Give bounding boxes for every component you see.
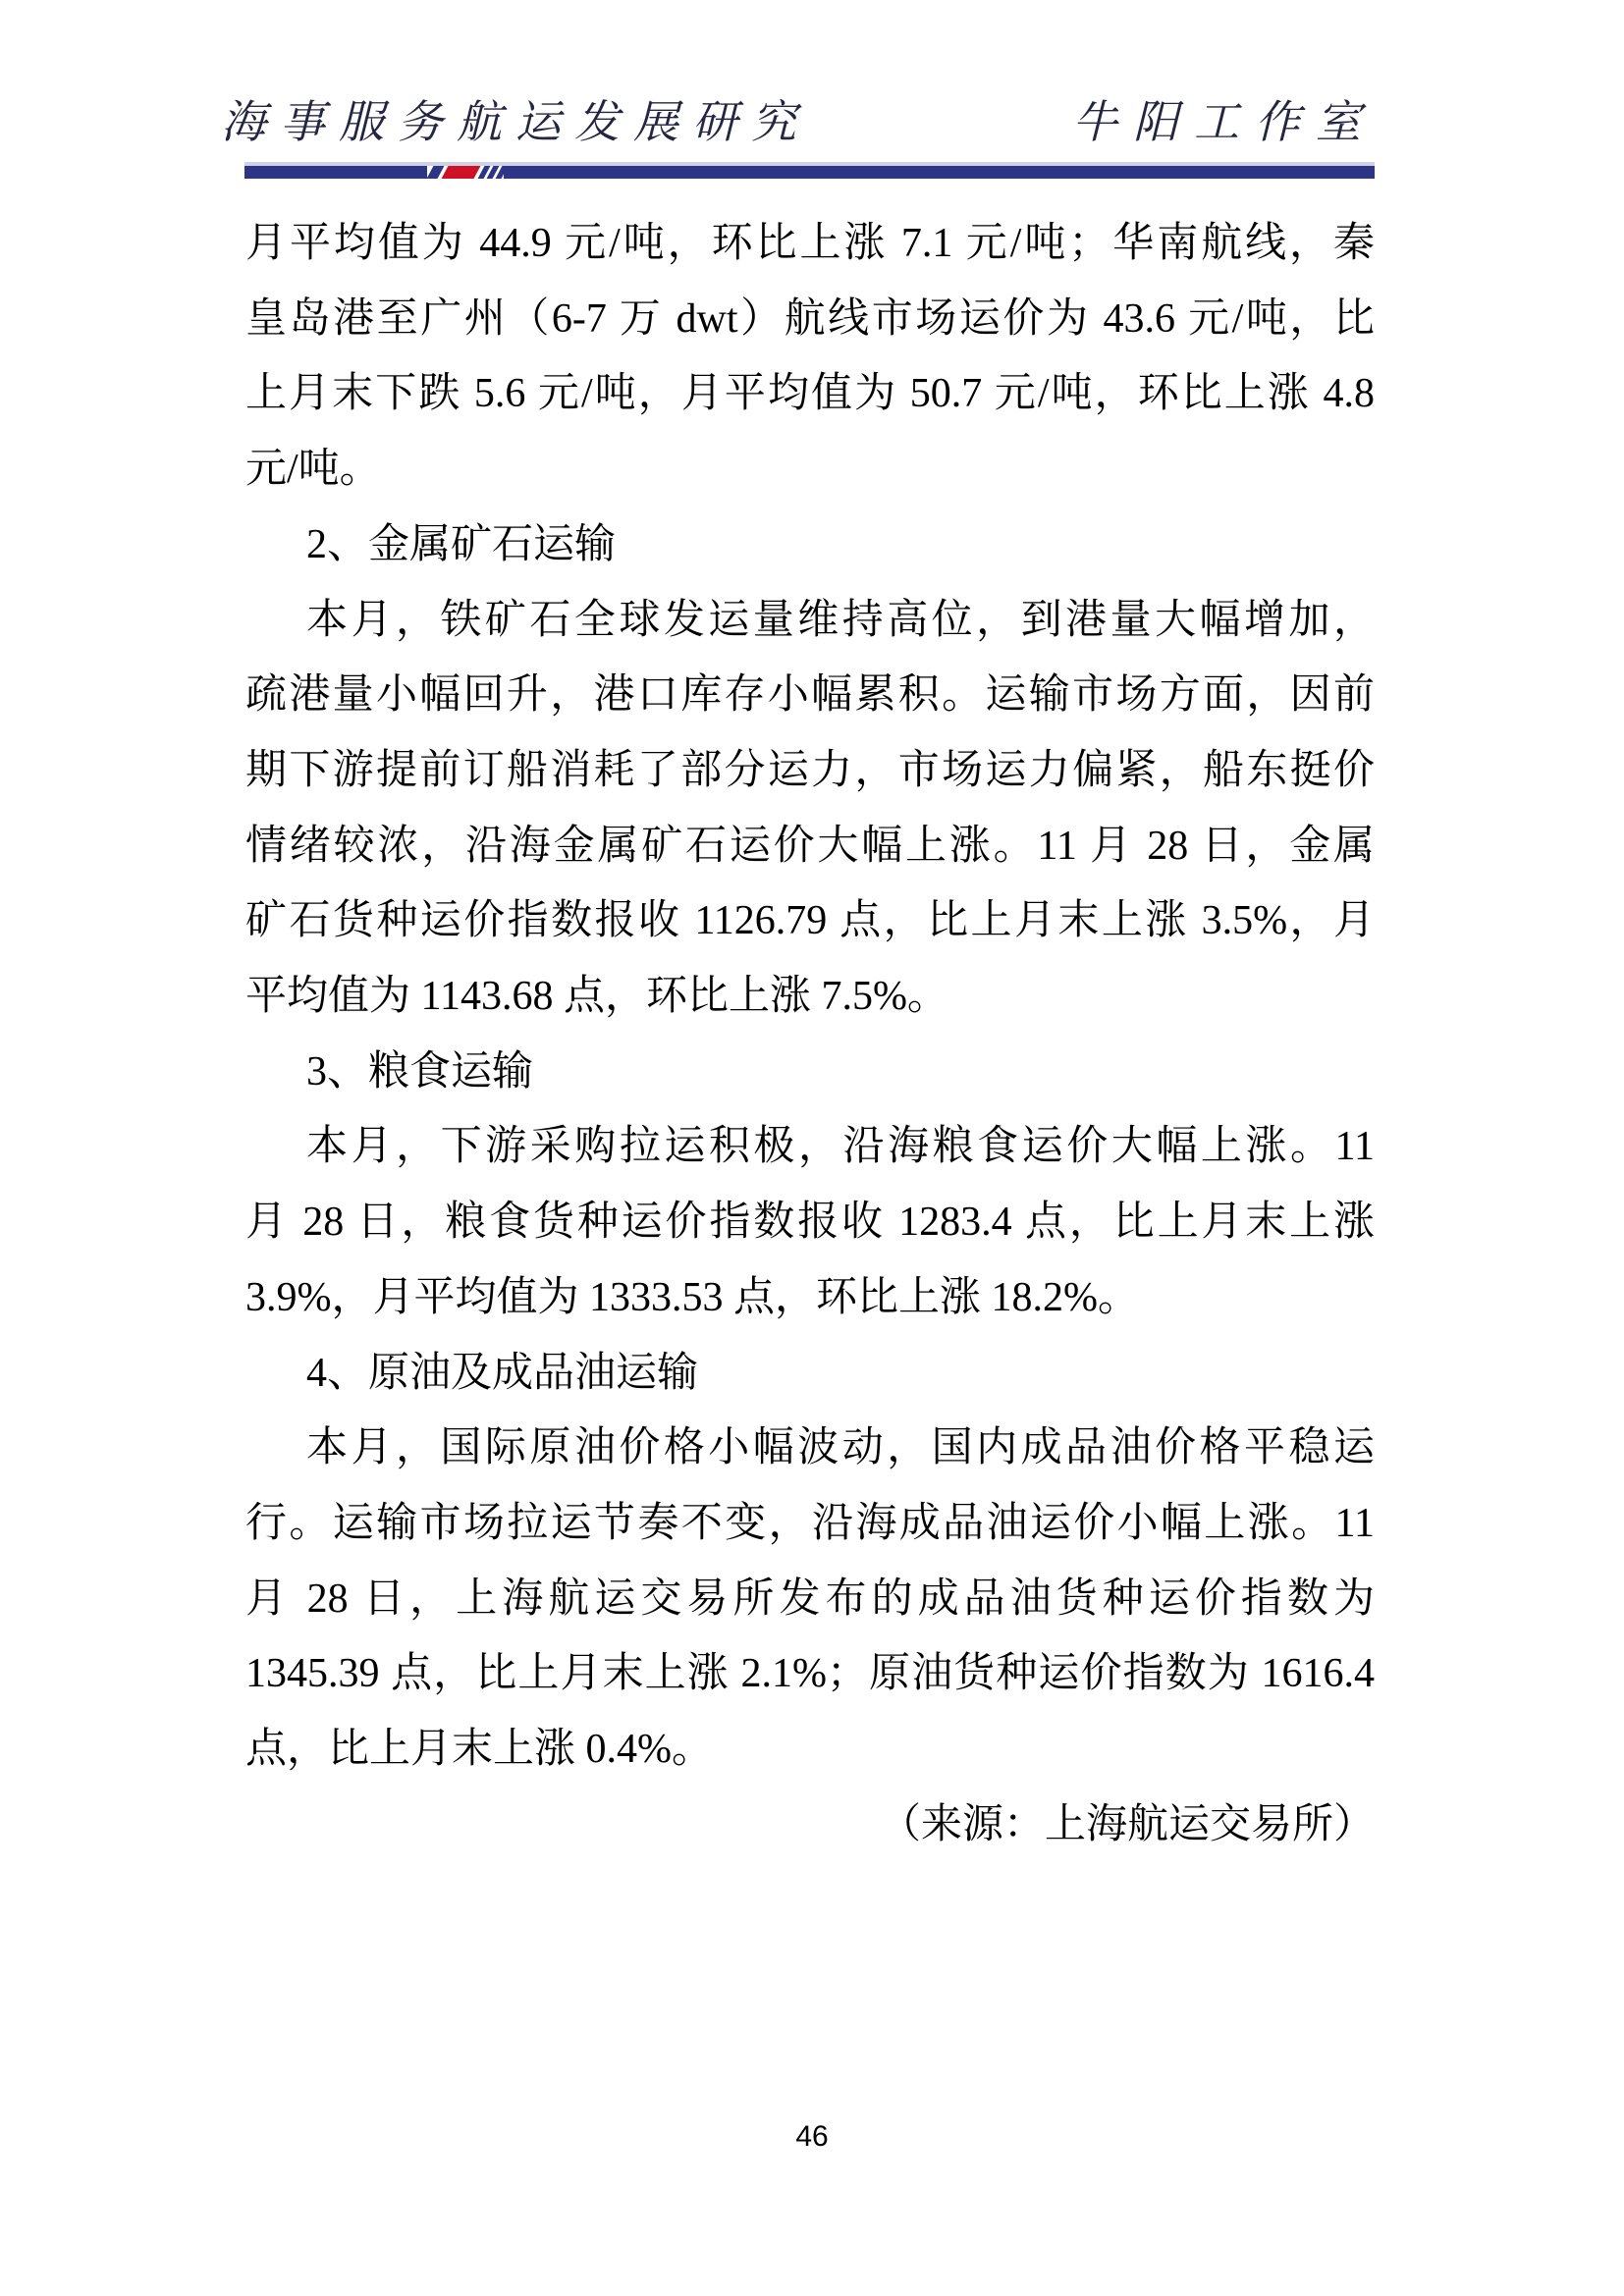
- body-line: 元/吨。: [245, 432, 1375, 507]
- body-line: 3.9%，月平均值为 1333.53 点，环比上涨 18.2%。: [245, 1260, 1375, 1336]
- header-title-left: 海事服务航运发展研究: [221, 86, 810, 151]
- body-line: 期下游提前订船消耗了部分运力，市场运力偏紧，船东挺价: [245, 733, 1375, 809]
- body-line: （来源：上海航运交易所）: [245, 1788, 1375, 1863]
- body-line: 4、原油及成品油运输: [245, 1336, 1375, 1412]
- body-line: 情绪较浓，沿海金属矿石运价大幅上涨。11 月 28 日，金属: [245, 809, 1375, 884]
- divider-left-segment: [244, 166, 427, 179]
- body-line: 本月，铁矿石全球发运量维持高位，到港量大幅增加，: [245, 583, 1375, 659]
- divider-right-segment: [504, 166, 1375, 179]
- body-line: 1345.39 点，比上月末上涨 2.1%；原油货种运价指数为 1616.4: [245, 1636, 1375, 1712]
- body-line: 月 28 日，上海航运交易所发布的成品油货种运价指数为: [245, 1562, 1375, 1637]
- body-line: 矿石货种运价指数报收 1126.79 点，比上月末上涨 3.5%，月: [245, 883, 1375, 959]
- header-title-right: 牛阳工作室: [1072, 86, 1377, 151]
- body-line: 月平均值为 44.9 元/吨，环比上涨 7.1 元/吨；华南航线，秦: [245, 206, 1375, 282]
- deco-red-slash-icon: [442, 166, 481, 179]
- body-line: 3、粮食运输: [245, 1035, 1375, 1110]
- body-line: 疏港量小幅回升，港口库存小幅累积。运输市场方面，因前: [245, 658, 1375, 733]
- body-line: 点，比上月末上涨 0.4%。: [245, 1712, 1375, 1788]
- body-line: 月 28 日，粮食货种运价指数报收 1283.4 点，比上月末上涨: [245, 1185, 1375, 1260]
- header-divider-bar: [244, 166, 1375, 179]
- body-text: 月平均值为 44.9 元/吨，环比上涨 7.1 元/吨；华南航线，秦皇岛港至广州…: [245, 206, 1375, 1862]
- body-line: 本月，国际原油价格小幅波动，国内成品油价格平稳运: [245, 1411, 1375, 1486]
- page-number: 46: [0, 2120, 1624, 2154]
- body-line: 皇岛港至广州（6-7 万 dwt）航线市场运价为 43.6 元/吨，比: [245, 282, 1375, 357]
- body-line: 行。运输市场拉运节奏不变，沿海成品油运价小幅上涨。11: [245, 1486, 1375, 1562]
- divider-decoration: [427, 166, 504, 179]
- document-page: 海事服务航运发展研究 牛阳工作室 月平均值为 44.9 元/吨，环比上涨 7.1…: [0, 0, 1624, 2296]
- body-line: 本月，下游采购拉运积极，沿海粮食运价大幅上涨。11: [245, 1109, 1375, 1185]
- body-line: 上月末下跌 5.6 元/吨，月平均值为 50.7 元/吨，环比上涨 4.8: [245, 356, 1375, 432]
- body-line: 平均值为 1143.68 点，环比上涨 7.5%。: [245, 959, 1375, 1035]
- body-line: 2、金属矿石运输: [245, 507, 1375, 583]
